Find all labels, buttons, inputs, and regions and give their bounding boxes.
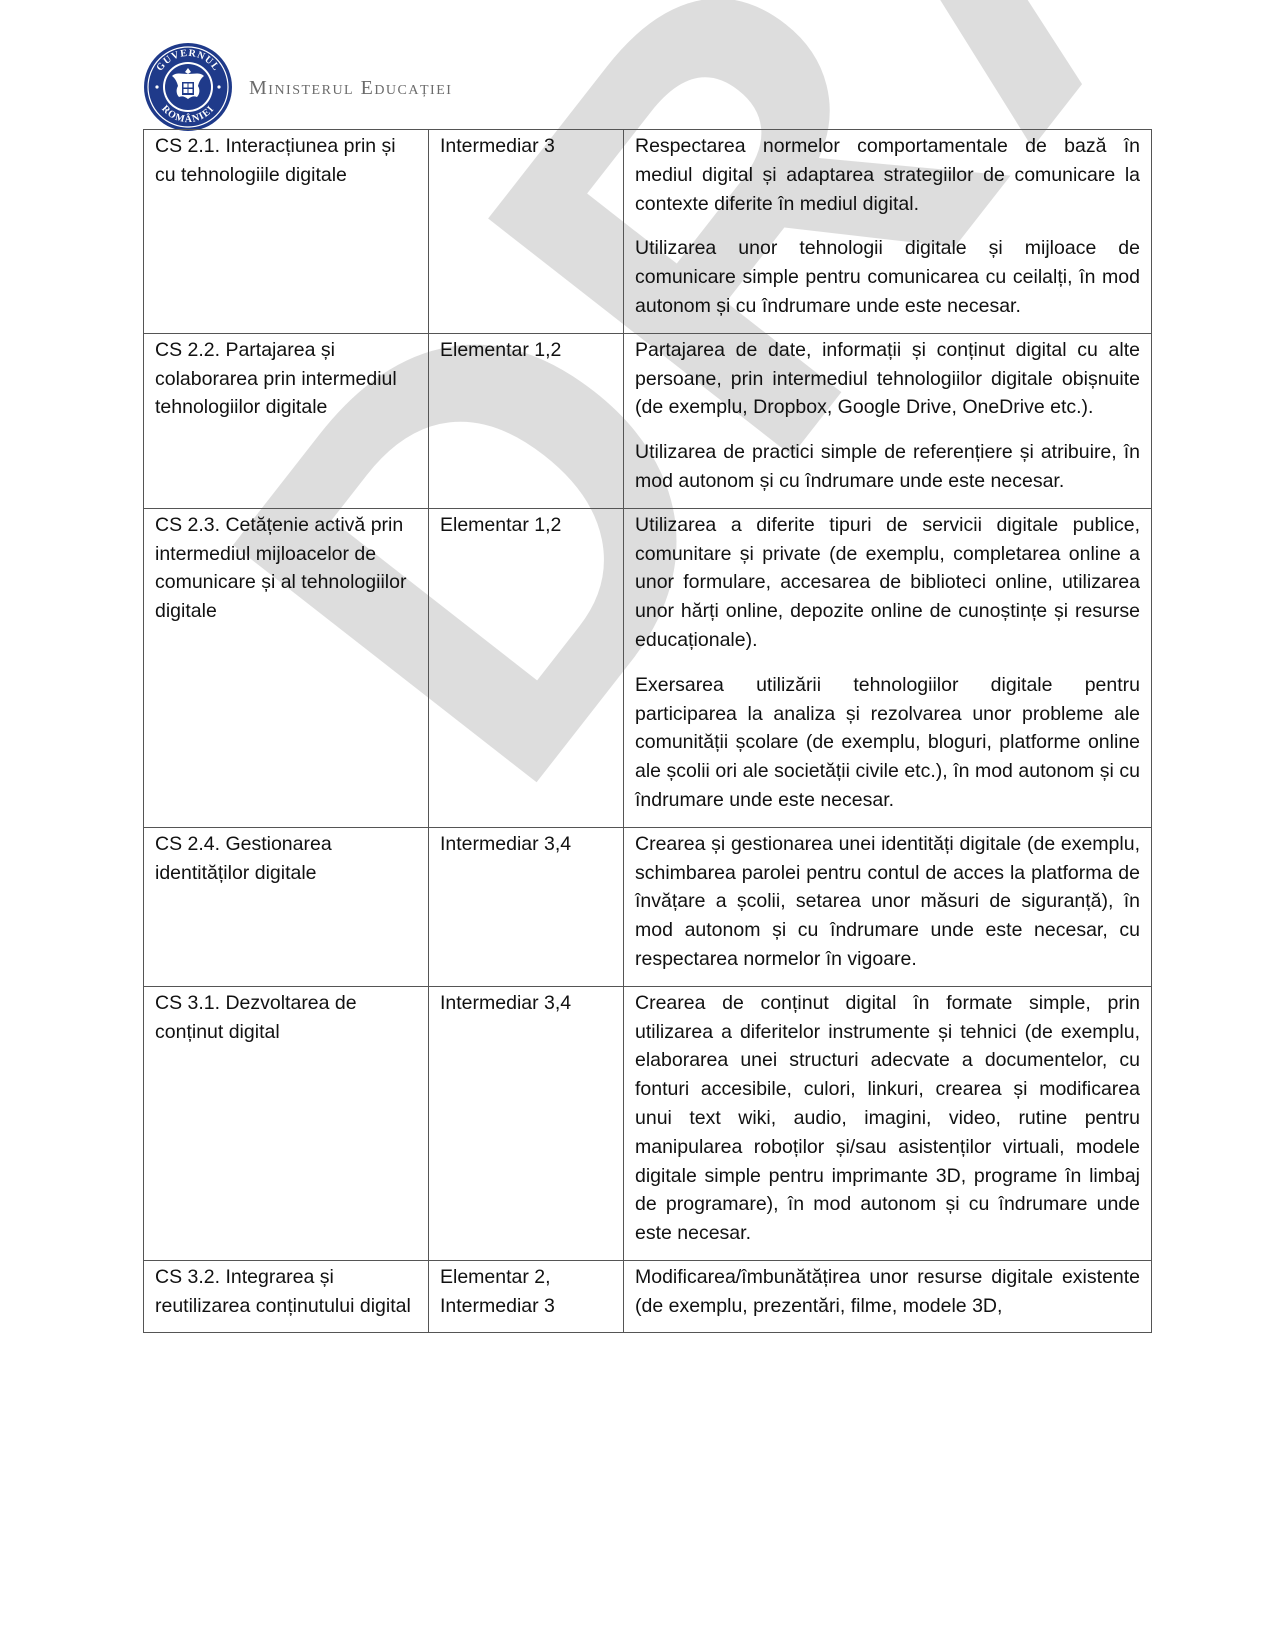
table-row: CS 2.4. Gestionarea identităților digita… <box>144 827 1152 986</box>
description-paragraph: Crearea și gestionarea unei identități d… <box>635 830 1140 974</box>
competence-table: CS 2.1. Interacțiunea prin și cu tehnolo… <box>143 129 1152 1333</box>
level-cell: Elementar 2, Intermediar 3 <box>429 1260 624 1333</box>
page-header: GUVERNUL ROMÂNIEI Ministerul Educației <box>143 42 452 132</box>
government-seal-icon: GUVERNUL ROMÂNIEI <box>143 42 233 132</box>
level-cell: Elementar 1,2 <box>429 333 624 508</box>
competence-cell: CS 2.3. Cetățenie activă prin intermediu… <box>144 508 429 827</box>
description-cell: Modificarea/îmbunătățirea unor resurse d… <box>624 1260 1152 1333</box>
competence-cell: CS 3.2. Integrarea și reutilizarea conți… <box>144 1260 429 1333</box>
description-paragraph: Utilizarea a diferite tipuri de servicii… <box>635 511 1140 655</box>
competence-cell: CS 3.1. Dezvoltarea de conținut digital <box>144 986 429 1260</box>
description-cell: Crearea și gestionarea unei identități d… <box>624 827 1152 986</box>
competence-cell: CS 2.2. Partajarea și colaborarea prin i… <box>144 333 429 508</box>
description-cell: Crearea de conținut digital în formate s… <box>624 986 1152 1260</box>
description-paragraph: Partajarea de date, informații și conțin… <box>635 336 1140 422</box>
description-cell: Respectarea normelor comportamentale de … <box>624 130 1152 334</box>
description-cell: Utilizarea a diferite tipuri de servicii… <box>624 508 1152 827</box>
table-row: CS 2.2. Partajarea și colaborarea prin i… <box>144 333 1152 508</box>
table-row: CS 3.1. Dezvoltarea de conținut digital … <box>144 986 1152 1260</box>
level-cell: Intermediar 3,4 <box>429 986 624 1260</box>
competence-cell: CS 2.1. Interacțiunea prin și cu tehnolo… <box>144 130 429 334</box>
description-paragraph: Respectarea normelor comportamentale de … <box>635 132 1140 218</box>
table-row: CS 2.1. Interacțiunea prin și cu tehnolo… <box>144 130 1152 334</box>
description-paragraph: Modificarea/îmbunătățirea unor resurse d… <box>635 1263 1140 1321</box>
description-paragraph: Crearea de conținut digital în formate s… <box>635 989 1140 1248</box>
table-body: CS 2.1. Interacțiunea prin și cu tehnolo… <box>144 130 1152 1333</box>
description-cell: Partajarea de date, informații și conțin… <box>624 333 1152 508</box>
level-cell: Intermediar 3 <box>429 130 624 334</box>
table-row: CS 3.2. Integrarea și reutilizarea conți… <box>144 1260 1152 1333</box>
competence-cell: CS 2.4. Gestionarea identităților digita… <box>144 827 429 986</box>
description-paragraph: Utilizarea unor tehnologii digitale și m… <box>635 234 1140 320</box>
level-cell: Intermediar 3,4 <box>429 827 624 986</box>
table-row: CS 2.3. Cetățenie activă prin intermediu… <box>144 508 1152 827</box>
description-paragraph: Utilizarea de practici simple de referen… <box>635 438 1140 496</box>
ministry-name: Ministerul Educației <box>249 77 452 100</box>
government-seal-graphic: GUVERNUL ROMÂNIEI <box>143 42 233 132</box>
level-cell: Elementar 1,2 <box>429 508 624 827</box>
description-paragraph: Exersarea utilizării tehnologiilor digit… <box>635 671 1140 815</box>
